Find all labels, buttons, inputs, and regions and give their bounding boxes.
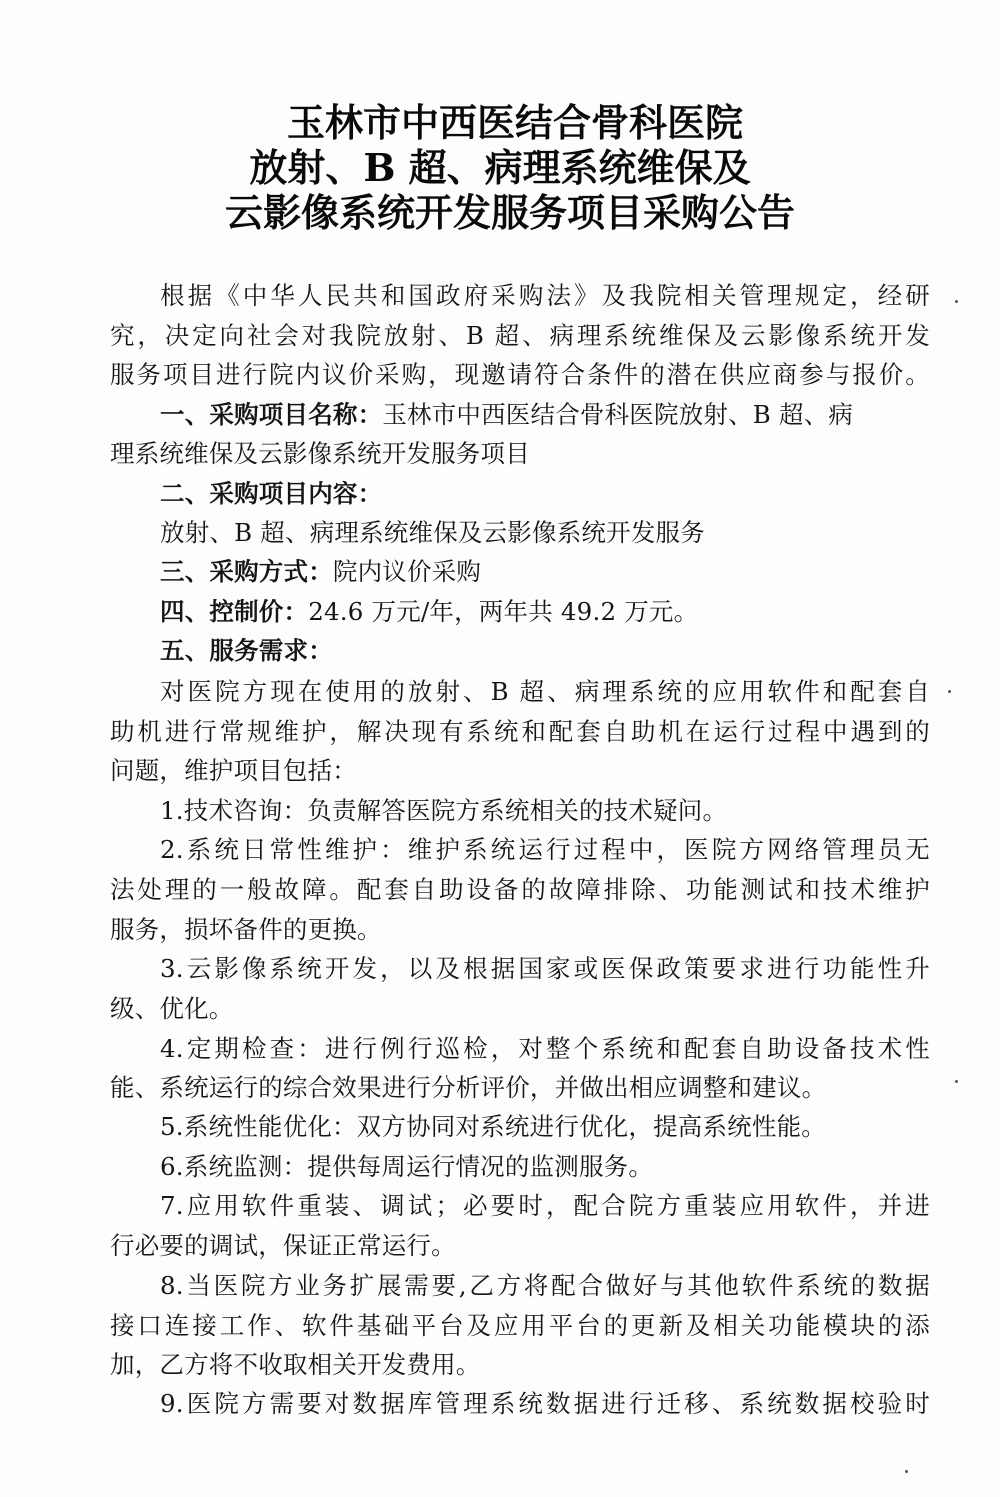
title-line-3: 云影像系统开发服务项目采购公告 [0, 190, 1000, 235]
section-2-heading: 二、采购项目内容： [160, 476, 930, 512]
section-4-line: 四、控制价：24.6 万元/年，两年共 49.2 万元。 [160, 594, 930, 630]
service-item-7-line-2: 行必要的调试，保证正常运行。 [110, 1228, 930, 1264]
service-item-4-line-1: 4.定期检查：进行例行巡检，对整个系统和配套自助设备技术性 [160, 1031, 930, 1067]
section-5-intro-line-1: 对医院方现在使用的放射、B 超、病理系统的应用软件和配套自 [160, 674, 930, 710]
scan-speck [955, 300, 958, 303]
section-5-intro-line-2: 助机进行常规维护，解决现有系统和配套自助机在运行过程中遇到的 [110, 714, 930, 750]
service-item-2-line-3: 服务，损坏备件的更换。 [110, 912, 930, 948]
intro-line-2: 究，决定向社会对我院放射、B 超、病理系统维保及云影像系统开发 [110, 318, 930, 354]
scan-speck [948, 690, 951, 693]
section-1-line-2: 理系统维保及云影像系统开发服务项目 [110, 436, 930, 472]
scan-speck [955, 1080, 958, 1083]
service-item-6: 6.系统监测：提供每周运行情况的监测服务。 [160, 1149, 930, 1185]
section-2-content: 放射、B 超、病理系统维保及云影像系统开发服务 [160, 515, 930, 551]
section-5-intro-line-3: 问题，维护项目包括： [110, 753, 930, 789]
intro-line-3: 服务项目进行院内议价采购，现邀请符合条件的潜在供应商参与报价。 [110, 357, 930, 393]
service-item-5: 5.系统性能优化：双方协同对系统进行优化，提高系统性能。 [160, 1109, 930, 1145]
section-3-heading: 三、采购方式： [160, 557, 333, 586]
service-item-2-line-1: 2.系统日常性维护：维护系统运行过程中，医院方网络管理员无 [160, 832, 930, 868]
document-title: 玉林市中西医结合骨科医院 放射、B 超、病理系统维保及 云影像系统开发服务项目采… [0, 100, 1000, 235]
service-item-7-line-1: 7.应用软件重装、调试；必要时，配合院方重装应用软件，并进 [160, 1188, 930, 1224]
section-3-content: 院内议价采购 [333, 557, 481, 586]
title-line-2: 放射、B 超、病理系统维保及 [0, 145, 1000, 190]
title-line-1: 玉林市中西医结合骨科医院 [0, 100, 1000, 145]
section-5-heading: 五、服务需求： [160, 633, 930, 669]
intro-line-1: 根据《中华人民共和国政府采购法》及我院相关管理规定，经研 [160, 278, 930, 314]
service-item-3-line-2: 级、优化。 [110, 991, 930, 1027]
scan-speck [905, 1470, 908, 1473]
section-3-line: 三、采购方式：院内议价采购 [160, 554, 930, 590]
service-item-8-line-1: 8.当医院方业务扩展需要,乙方将配合做好与其他软件系统的数据 [160, 1268, 930, 1304]
service-item-9-line-1: 9.医院方需要对数据库管理系统数据进行迁移、系统数据校验时 [160, 1386, 930, 1422]
service-item-8-line-3: 加，乙方将不收取相关开发费用。 [110, 1347, 930, 1383]
section-1-heading: 一、采购项目名称： [160, 400, 382, 429]
service-item-1: 1.技术咨询：负责解答医院方系统相关的技术疑问。 [160, 793, 930, 829]
section-4-heading: 四、控制价： [160, 597, 308, 626]
service-item-8-line-2: 接口连接工作、软件基础平台及应用平台的更新及相关功能模块的添 [110, 1308, 930, 1344]
section-1-content: 玉林市中西医结合骨科医院放射、B 超、病 [382, 400, 853, 429]
service-item-4-line-2: 能、系统运行的综合效果进行分析评价，并做出相应调整和建议。 [110, 1070, 930, 1106]
service-item-3-line-1: 3.云影像系统开发，以及根据国家或医保政策要求进行功能性升 [160, 951, 930, 987]
section-1-line-1: 一、采购项目名称：玉林市中西医结合骨科医院放射、B 超、病 [160, 397, 930, 433]
section-4-content: 24.6 万元/年，两年共 49.2 万元。 [308, 597, 698, 626]
document-page: 玉林市中西医结合骨科医院 放射、B 超、病理系统维保及 云影像系统开发服务项目采… [0, 0, 1000, 1497]
service-item-2-line-2: 法处理的一般故障。配套自助设备的故障排除、功能测试和技术维护 [110, 872, 930, 908]
